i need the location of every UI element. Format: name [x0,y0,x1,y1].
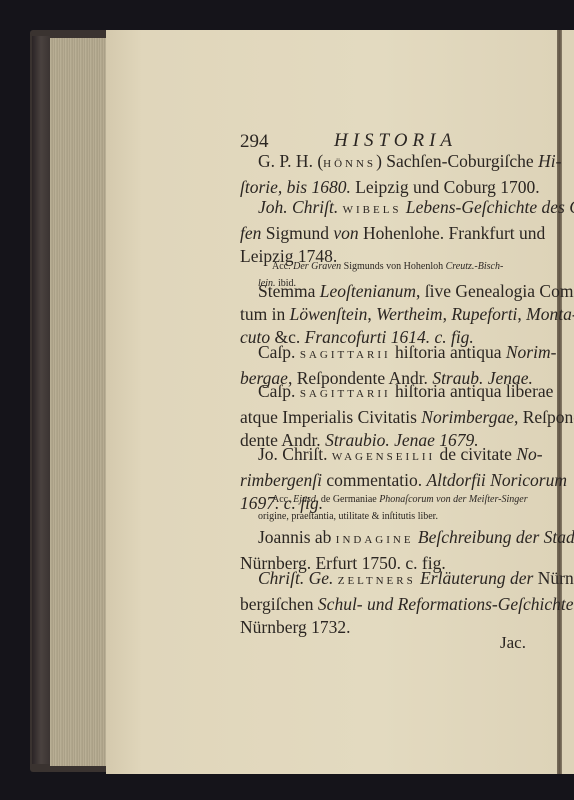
page-text: 294 HISTORIA G. P. H. (HÖNNS) Sachſen-Co… [0,0,574,800]
text-run: Phonaſcorum von der Meiſter-Singer [379,494,527,505]
text-line: G. P. H. (HÖNNS) Sachſen-Coburgiſche Hi- [240,150,538,176]
text-run: hiſtoria antiqua liberae [391,381,554,401]
text-line: Joannis ab INDAGINE Beſchreibung der Sta… [240,526,538,552]
text-run: Chriſt. Ge. [258,568,333,588]
text-run: Erläuterung der [420,568,533,588]
text-run: Lebens-Geſchichte des Gra- [406,197,574,217]
text-run: von [333,223,358,243]
text-run: Leoſtenianum [320,281,416,301]
text-run: origine, praeſtantia, utilitate & inſtit… [258,511,438,522]
catchword: Jac. [500,633,526,653]
author-name: HÖNNS [323,158,376,170]
text-run: , Reſpon- [514,407,574,427]
text-run: , [443,304,452,324]
author-name: SAGITTARII [300,349,391,361]
entry-note: Acc. Ejusd. de Germaniae Phonaſcorum von… [258,491,538,525]
text-run: Norimbergae [421,407,514,427]
text-run: Ejusd. [293,494,318,505]
text-line: atque Imperialis Civitatis Norimbergae, … [240,406,538,429]
text-run: , ſive Genealogia Comi- [416,281,574,301]
text-run: bergiſchen [240,594,318,614]
text-line: Joh. Chriſt. WIBELS Lebens-Geſchichte de… [240,196,538,222]
text-run: ) Sachſen-Coburgiſche [376,151,538,171]
text-line: Stemma Leoſtenianum, ſive Genealogia Com… [240,280,538,303]
text-run: Acc. [272,494,293,505]
text-line: bergiſchen Schul- und Reformations-Geſch… [240,593,538,616]
text-run: Caſp. [258,342,300,362]
author-name: INDAGINE [336,534,414,546]
text-run: Jo. Chriſt. [258,444,332,464]
text-run: Löwenſtein [290,304,368,324]
text-run: Joh. Chriſt. [258,197,338,217]
text-run: Monta- [526,304,574,324]
author-name: ZELTNERS [338,575,416,587]
bibliography-entry: Caſp. SAGITTARII hiſtoria antiqua libera… [240,380,538,452]
running-title: HISTORIA [334,130,457,152]
text-run: Joannis ab [258,527,336,547]
text-run: , [517,304,526,324]
text-run: de civitate [435,444,516,464]
text-run: Nürn- [533,568,574,588]
text-run: atque Imperialis Civitatis [240,407,421,427]
text-run: tum in [240,304,290,324]
text-run: , [367,304,376,324]
text-run: Sigmund [261,223,333,243]
text-run: Leipzig und Coburg 1700. [351,177,540,197]
text-run: Creutz.-Bisch- [446,261,504,272]
text-run: Wertheim [376,304,442,324]
text-run: commentatio. [322,470,427,490]
text-run: Stemma [258,281,320,301]
text-line: rimbergenſi commentatio. Altdorfii Noric… [240,469,538,492]
text-line: Acc. Der Graven Sigmunds von Hohenloh Cr… [258,258,538,275]
text-run: Norim- [506,342,557,362]
text-run: Sigmunds von Hohenloh [341,261,445,272]
text-line: Jo. Chriſt. WAGENSEILII de civitate No- [240,443,538,469]
text-run: Hohenlohe. Frankfurt und [359,223,546,243]
text-run: Acc. [272,261,293,272]
text-run: Beſchreibung der Stadt [418,527,574,547]
text-line: origine, praeſtantia, utilitate & inſtit… [258,508,538,525]
text-run: rimbergenſi [240,470,322,490]
text-line: Chriſt. Ge. ZELTNERS Erläuterung der Nür… [240,567,538,593]
text-line: Caſp. SAGITTARII hiſtoria antiqua libera… [240,380,538,406]
text-run: G. P. H. ( [258,151,323,171]
bibliography-entry: Stemma Leoſtenianum, ſive Genealogia Com… [240,280,538,349]
text-run: No- [516,444,542,464]
author-name: SAGITTARII [300,388,391,400]
author-name: WIBELS [343,204,402,216]
text-run: fen [240,223,261,243]
text-run: hiſtoria antiqua [391,342,506,362]
author-name: WAGENSEILII [332,451,435,463]
text-run: Nürnberg 1732. [240,617,351,637]
text-run: Hi- [538,151,561,171]
text-run: ſtorie, bis 1680. [240,177,351,197]
text-run: de Germaniae [318,494,379,505]
bibliography-entry: G. P. H. (HÖNNS) Sachſen-Coburgiſche Hi-… [240,150,538,199]
text-line: tum in Löwenſtein, Wertheim, Rupeforti, … [240,303,538,326]
text-run: Der Graven [293,261,341,272]
text-line: fen Sigmund von Hohenlohe. Frankfurt und [240,222,538,245]
text-line: Acc. Ejusd. de Germaniae Phonaſcorum von… [258,491,538,508]
text-run: Rupeforti [451,304,517,324]
text-run: Schul- und Reformations-Geſchichte. [318,594,574,614]
text-run: Altdorfii Noricorum [426,470,567,490]
text-line: Nürnberg 1732. [240,616,538,639]
bibliography-entry: Chriſt. Ge. ZELTNERS Erläuterung der Nür… [240,567,538,639]
text-line: Caſp. SAGITTARII hiſtoria antiqua Norim- [240,341,538,367]
text-run: Caſp. [258,381,300,401]
